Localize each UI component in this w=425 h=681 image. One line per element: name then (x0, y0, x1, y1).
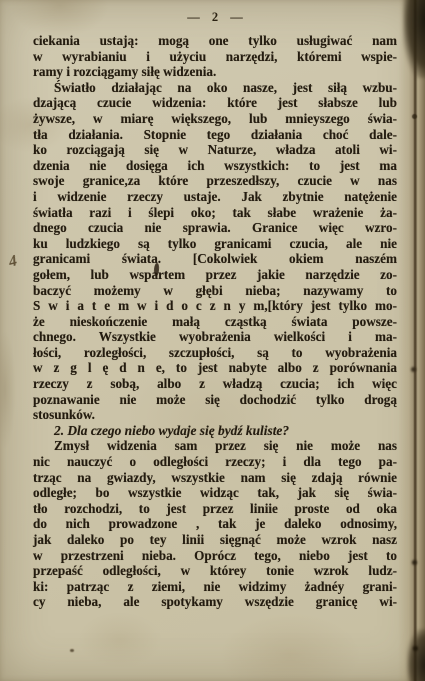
text-line: dzającą czucie widzenia: które jest słab… (33, 95, 397, 111)
text-line: przepaść odległości, w którey tonie wzro… (33, 563, 397, 579)
text-line: jak daleko po tey linii sięgnąć może wzr… (33, 532, 397, 548)
text-line: ko rozciągają się w Naturze, władza atol… (33, 142, 397, 158)
text-line: ciekania ustają: mogą one tylko usługiwa… (33, 33, 397, 49)
text-line: rzeczy z sobą, albo z władzą czucia; ich… (33, 376, 397, 392)
text-line: poznawanie nie może się dochodzić tylko … (33, 392, 397, 408)
text-line: odległe; bo wszystkie widząc tak, jak si… (33, 485, 397, 501)
text-line: cy nieba, ale spotykamy wszędzie granicę… (33, 594, 397, 610)
text-line: żywsze, w miarę większego, lub mnieyszeg… (33, 111, 397, 127)
text-line: dzenia nie dosięga ich wszystkich: to je… (33, 158, 397, 174)
text-line: chnego. Wszystkie wyobrażenia wielkości … (33, 329, 397, 345)
text-line: w wyrabianiu i użyciu narzędzi, któremi … (33, 49, 397, 65)
text-line: trząc na gwiazdy, wszystkie nam się zdaj… (33, 470, 397, 486)
text-line: tło rozchodzi, to jest przez liniie pros… (33, 501, 397, 517)
binding-knots (412, 0, 417, 5)
paragraph: Światło działając na oko nasze, jest sił… (33, 80, 397, 423)
text-line: ki: patrząc z ziemi, nie widzimy żadnéy … (33, 579, 397, 595)
paragraph: 2. Dla czego niebo wydaje się bydź kulis… (33, 423, 397, 439)
page-edge-dark-corner-bottom (407, 629, 425, 681)
text-line: ku ludzkiego są tylko granicami czucia, … (33, 236, 397, 252)
handwritten-margin-mark: 4 (7, 252, 19, 271)
text-line: 2. Dla czego niebo wydaje się bydź kulis… (33, 423, 397, 439)
text-line: łości, rozległości, szczupłości, są to w… (33, 345, 397, 361)
text-line: tła działania. Stopnie tego działania ch… (33, 127, 397, 143)
text-line: że nieskończenie małą cząstką świata pow… (33, 314, 397, 330)
text-line: stosunków. (33, 407, 397, 423)
ink-spot (70, 649, 74, 652)
text-line: ramy i rozciągamy siłę widzenia. (33, 64, 397, 80)
page-number: — 2 — (34, 10, 397, 25)
page-edge-dark-corner-top (403, 0, 425, 78)
book-page-edge (398, 0, 425, 681)
text-line: dnego czucia nie sprawia. Granice więc w… (33, 220, 397, 236)
text-line: Światło działając na oko nasze, jest sił… (33, 80, 397, 96)
text-line: w przestrzeni nieba. Oprócz tego, niebo … (33, 548, 397, 564)
text-line: nic nauczyć o odległości rzeczy; i dla t… (33, 454, 397, 470)
text-line: Zmysł widzenia sam przez się nie może na… (33, 438, 397, 454)
paper-stain (0, 330, 16, 450)
text-line: i widzenie rzeczy ustaje. Jak zbytnie na… (33, 189, 397, 205)
text-line: granicami świata. [Cokolwiek okiem naszé… (33, 251, 397, 267)
scanned-book-page: — 2 — ciekania ustają: mogą one tylko us… (0, 0, 425, 681)
text-line: swoje granice,za które przeszedłszy, czu… (33, 173, 397, 189)
text-line: do nich prowadzone , tak je daleko odnos… (33, 516, 397, 532)
paragraph: ciekania ustają: mogą one tylko usługiwa… (33, 33, 397, 80)
text-line: baczyć możemy w głębi nieba; nazywamy to (33, 283, 397, 299)
text-line: gołem, lub wspartem przez jakie narzędzi… (33, 267, 397, 283)
text-line: światła razi i ślepi oko; tak słabe wraż… (33, 205, 397, 221)
text-line: S w i a t e m w i d o c z n y m,[który j… (33, 298, 397, 314)
paragraph: Zmysł widzenia sam przez się nie może na… (33, 438, 397, 610)
text-block: ciekania ustają: mogą one tylko usługiwa… (33, 33, 397, 610)
text-line: w z g l ę d n e, to jest nabyte albo z p… (33, 360, 397, 376)
